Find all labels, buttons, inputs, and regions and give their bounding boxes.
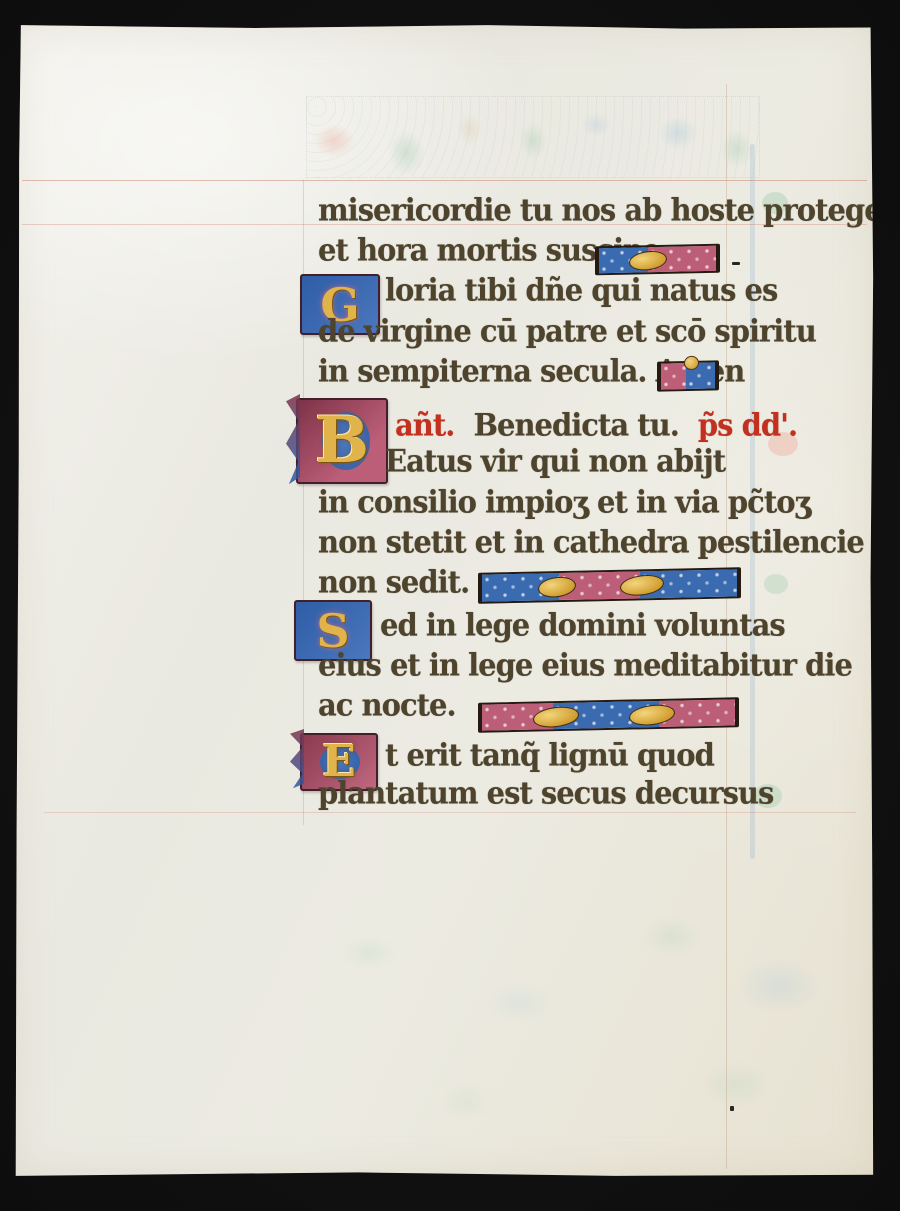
text-line-14: t erit tanq̃ lignū quod: [385, 737, 714, 773]
text-line-11: ed in lege domini voluntas: [380, 607, 785, 643]
showthrough-floral-border-top: [306, 96, 760, 178]
photo-stage: G B S E misericordie tu nos ab hoste pro…: [0, 0, 900, 1211]
text-line-12: eius et in lege eius meditabitur die: [318, 647, 852, 683]
text-line-10: non sedit.: [318, 564, 469, 600]
text-line-3: loria tibi dñe qui natus es: [385, 272, 777, 308]
illuminated-initial-b: B: [296, 398, 388, 484]
text-line-8: in consilio impioʒ et in via pc̃toʒ: [318, 484, 810, 520]
text-line-4: de virgine cū patre et scō spiritu: [318, 313, 816, 349]
line-filler-3: [478, 567, 741, 604]
initial-letter: B: [315, 409, 369, 473]
line-filler-2: [657, 360, 719, 391]
text-line-1: misericordie tu nos ab hoste protege: [318, 192, 882, 228]
text-line-6-rubric: añt. Benedicta tu. p̃s dd'.: [395, 407, 807, 443]
showthrough-floral-bottom: [304, 854, 844, 1184]
line-filler-4: [478, 697, 739, 732]
penwork-flourish: [286, 394, 300, 484]
text-line-15: plantatum est secus decursus: [318, 775, 773, 811]
line-filler-1: [595, 244, 720, 276]
penwork-flourish: [290, 729, 304, 788]
text-line-13: ac nocte.: [318, 687, 456, 723]
ruling-line-horizontal: [44, 812, 856, 813]
text-line-9: non stetit et in cathedra pestilencie: [318, 524, 864, 560]
rubric-antiphon-label: añt.: [395, 407, 454, 443]
leaf-speck: [732, 262, 740, 265]
gold-dot-ornament: [684, 356, 699, 370]
manuscript-leaf: G B S E misericordie tu nos ab hoste pro…: [14, 24, 874, 1177]
antiphon-text: Benedicta tu.: [473, 407, 678, 443]
filler-segment-rose: [661, 363, 686, 390]
text-line-7: Eatus vir qui non abijt: [385, 443, 725, 479]
rubric-psalm-label: p̃s dd'.: [698, 407, 797, 443]
showthrough-leaf-blob: [764, 574, 788, 594]
leaf-speck: [730, 1106, 734, 1111]
ruling-line-horizontal: [22, 180, 867, 181]
